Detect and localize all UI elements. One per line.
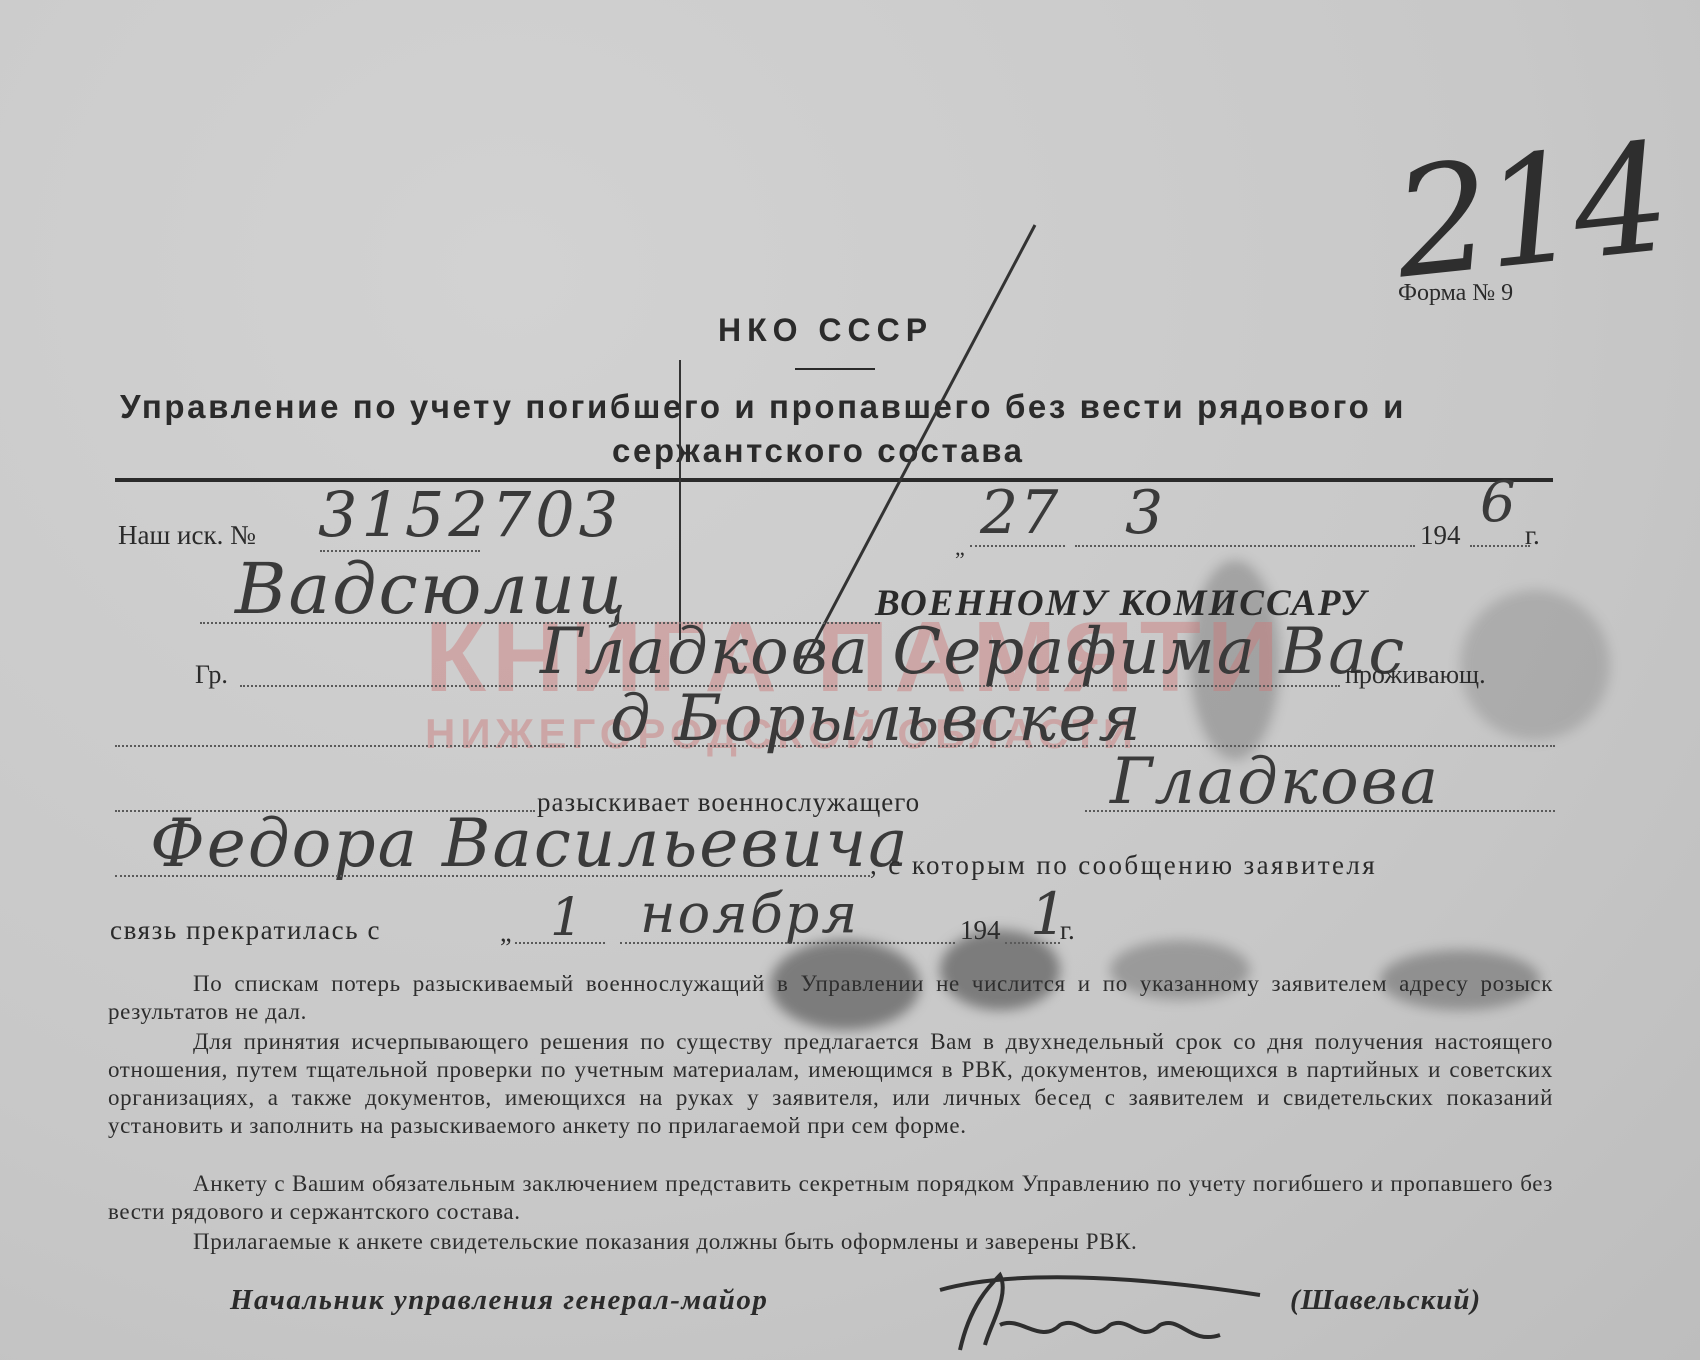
signatory-title: Начальник управления генерал-майор bbox=[230, 1284, 768, 1317]
signatory-name: (Шавельский) bbox=[1290, 1284, 1481, 1317]
ref-year-prefix: 194 bbox=[1420, 520, 1461, 551]
lost-quote-mark: „ bbox=[500, 918, 512, 948]
citizen-label: Гр. bbox=[195, 660, 228, 690]
contact-text: , с которым по сообщению заявителя bbox=[870, 850, 1377, 881]
body-paragraph-1: По спискам потерь разыскиваемый военносл… bbox=[108, 970, 1553, 1026]
address-value[interactable]: д Борыльвскея bbox=[610, 682, 1143, 756]
signature-mark bbox=[930, 1265, 1290, 1360]
body-paragraph-3: Анкету с Вашим обязательным заключением … bbox=[108, 1170, 1553, 1226]
ref-day-value[interactable]: 27 bbox=[980, 478, 1060, 548]
year-line bbox=[1470, 545, 1530, 547]
lost-year-suffix: г. bbox=[1060, 915, 1075, 946]
ref-number-value[interactable]: 3152703 bbox=[318, 478, 622, 551]
lost-year-prefix: 194 bbox=[960, 915, 1001, 946]
ref-label: Наш иск. № bbox=[118, 520, 256, 551]
soldier-surname-value[interactable]: Гладкова bbox=[1110, 745, 1440, 819]
body-paragraph-2: Для принятия исчерпывающего решения по с… bbox=[108, 1028, 1553, 1140]
citizen-name-value[interactable]: Гладкова Серафима Вас bbox=[540, 615, 1406, 689]
soldier-name-value[interactable]: Федора Васильевича bbox=[150, 805, 910, 882]
archive-document: КНИГА ПАМЯТИ НИЖЕГОРОДСКОЙ ОБЛАСТИ 214 Ф… bbox=[0, 0, 1700, 1360]
ref-month-value[interactable]: 3 bbox=[1125, 478, 1165, 548]
residing-label: проживающ. bbox=[1345, 660, 1486, 690]
date-quote-mark: „ bbox=[955, 535, 965, 561]
name-line bbox=[115, 875, 870, 877]
lost-day-value[interactable]: 1 bbox=[550, 888, 585, 948]
lost-month-value[interactable]: ноября bbox=[640, 882, 859, 945]
ref-year-value[interactable]: 6 bbox=[1480, 470, 1518, 535]
ref-year-suffix: г. bbox=[1525, 520, 1540, 551]
body-paragraph-4: Прилагаемые к анкете свидетельские показ… bbox=[108, 1228, 1553, 1256]
lost-contact-label: связь прекратилась с bbox=[110, 915, 381, 946]
